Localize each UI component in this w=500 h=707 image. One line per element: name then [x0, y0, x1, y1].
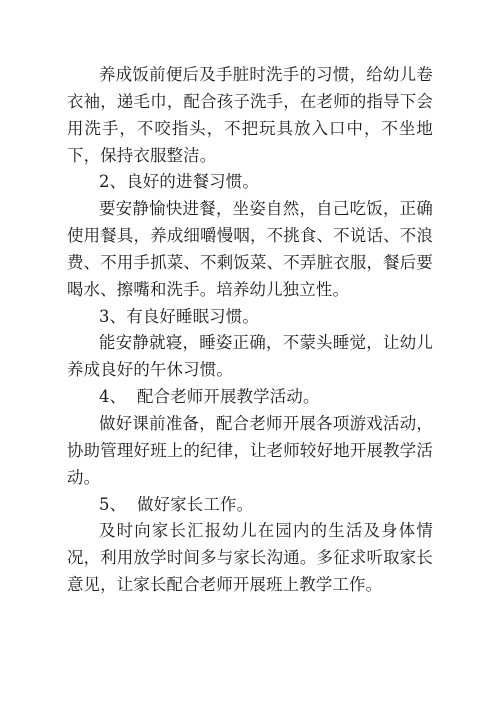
paragraph-handwashing-habits: 养成饭前便后及手脏时洗手的习惯，给幼儿卷衣袖，递毛巾，配合孩子洗手，在老师的指导…: [67, 62, 433, 169]
document-page: 养成饭前便后及手脏时洗手的习惯，给幼儿卷衣袖，递毛巾，配合孩子洗手，在老师的指导…: [67, 62, 433, 599]
paragraph-parent-work: 及时向家长汇报幼儿在园内的生活及身体情况，利用放学时间多与家长沟通。多征求听取家…: [67, 518, 433, 599]
heading-teaching-activities: 4、 配合老师开展教学活动。: [67, 384, 433, 411]
paragraph-teaching-activities: 做好课前准备，配合老师开展各项游戏活动，协助管理好班上的纪律，让老师较好地开展教…: [67, 411, 433, 492]
paragraph-sleeping-habits: 能安静就寝，睡姿正确，不蒙头睡觉，让幼儿养成良好的午休习惯。: [67, 330, 433, 384]
heading-eating-habits: 2、良好的进餐习惯。: [67, 169, 433, 196]
paragraph-eating-habits: 要安静愉快进餐，坐姿自然，自己吃饭，正确使用餐具，养成细嚼慢咽，不挑食、不说话、…: [67, 196, 433, 303]
heading-parent-work: 5、 做好家长工作。: [67, 492, 433, 519]
heading-sleeping-habits: 3、有良好睡眠习惯。: [67, 304, 433, 331]
